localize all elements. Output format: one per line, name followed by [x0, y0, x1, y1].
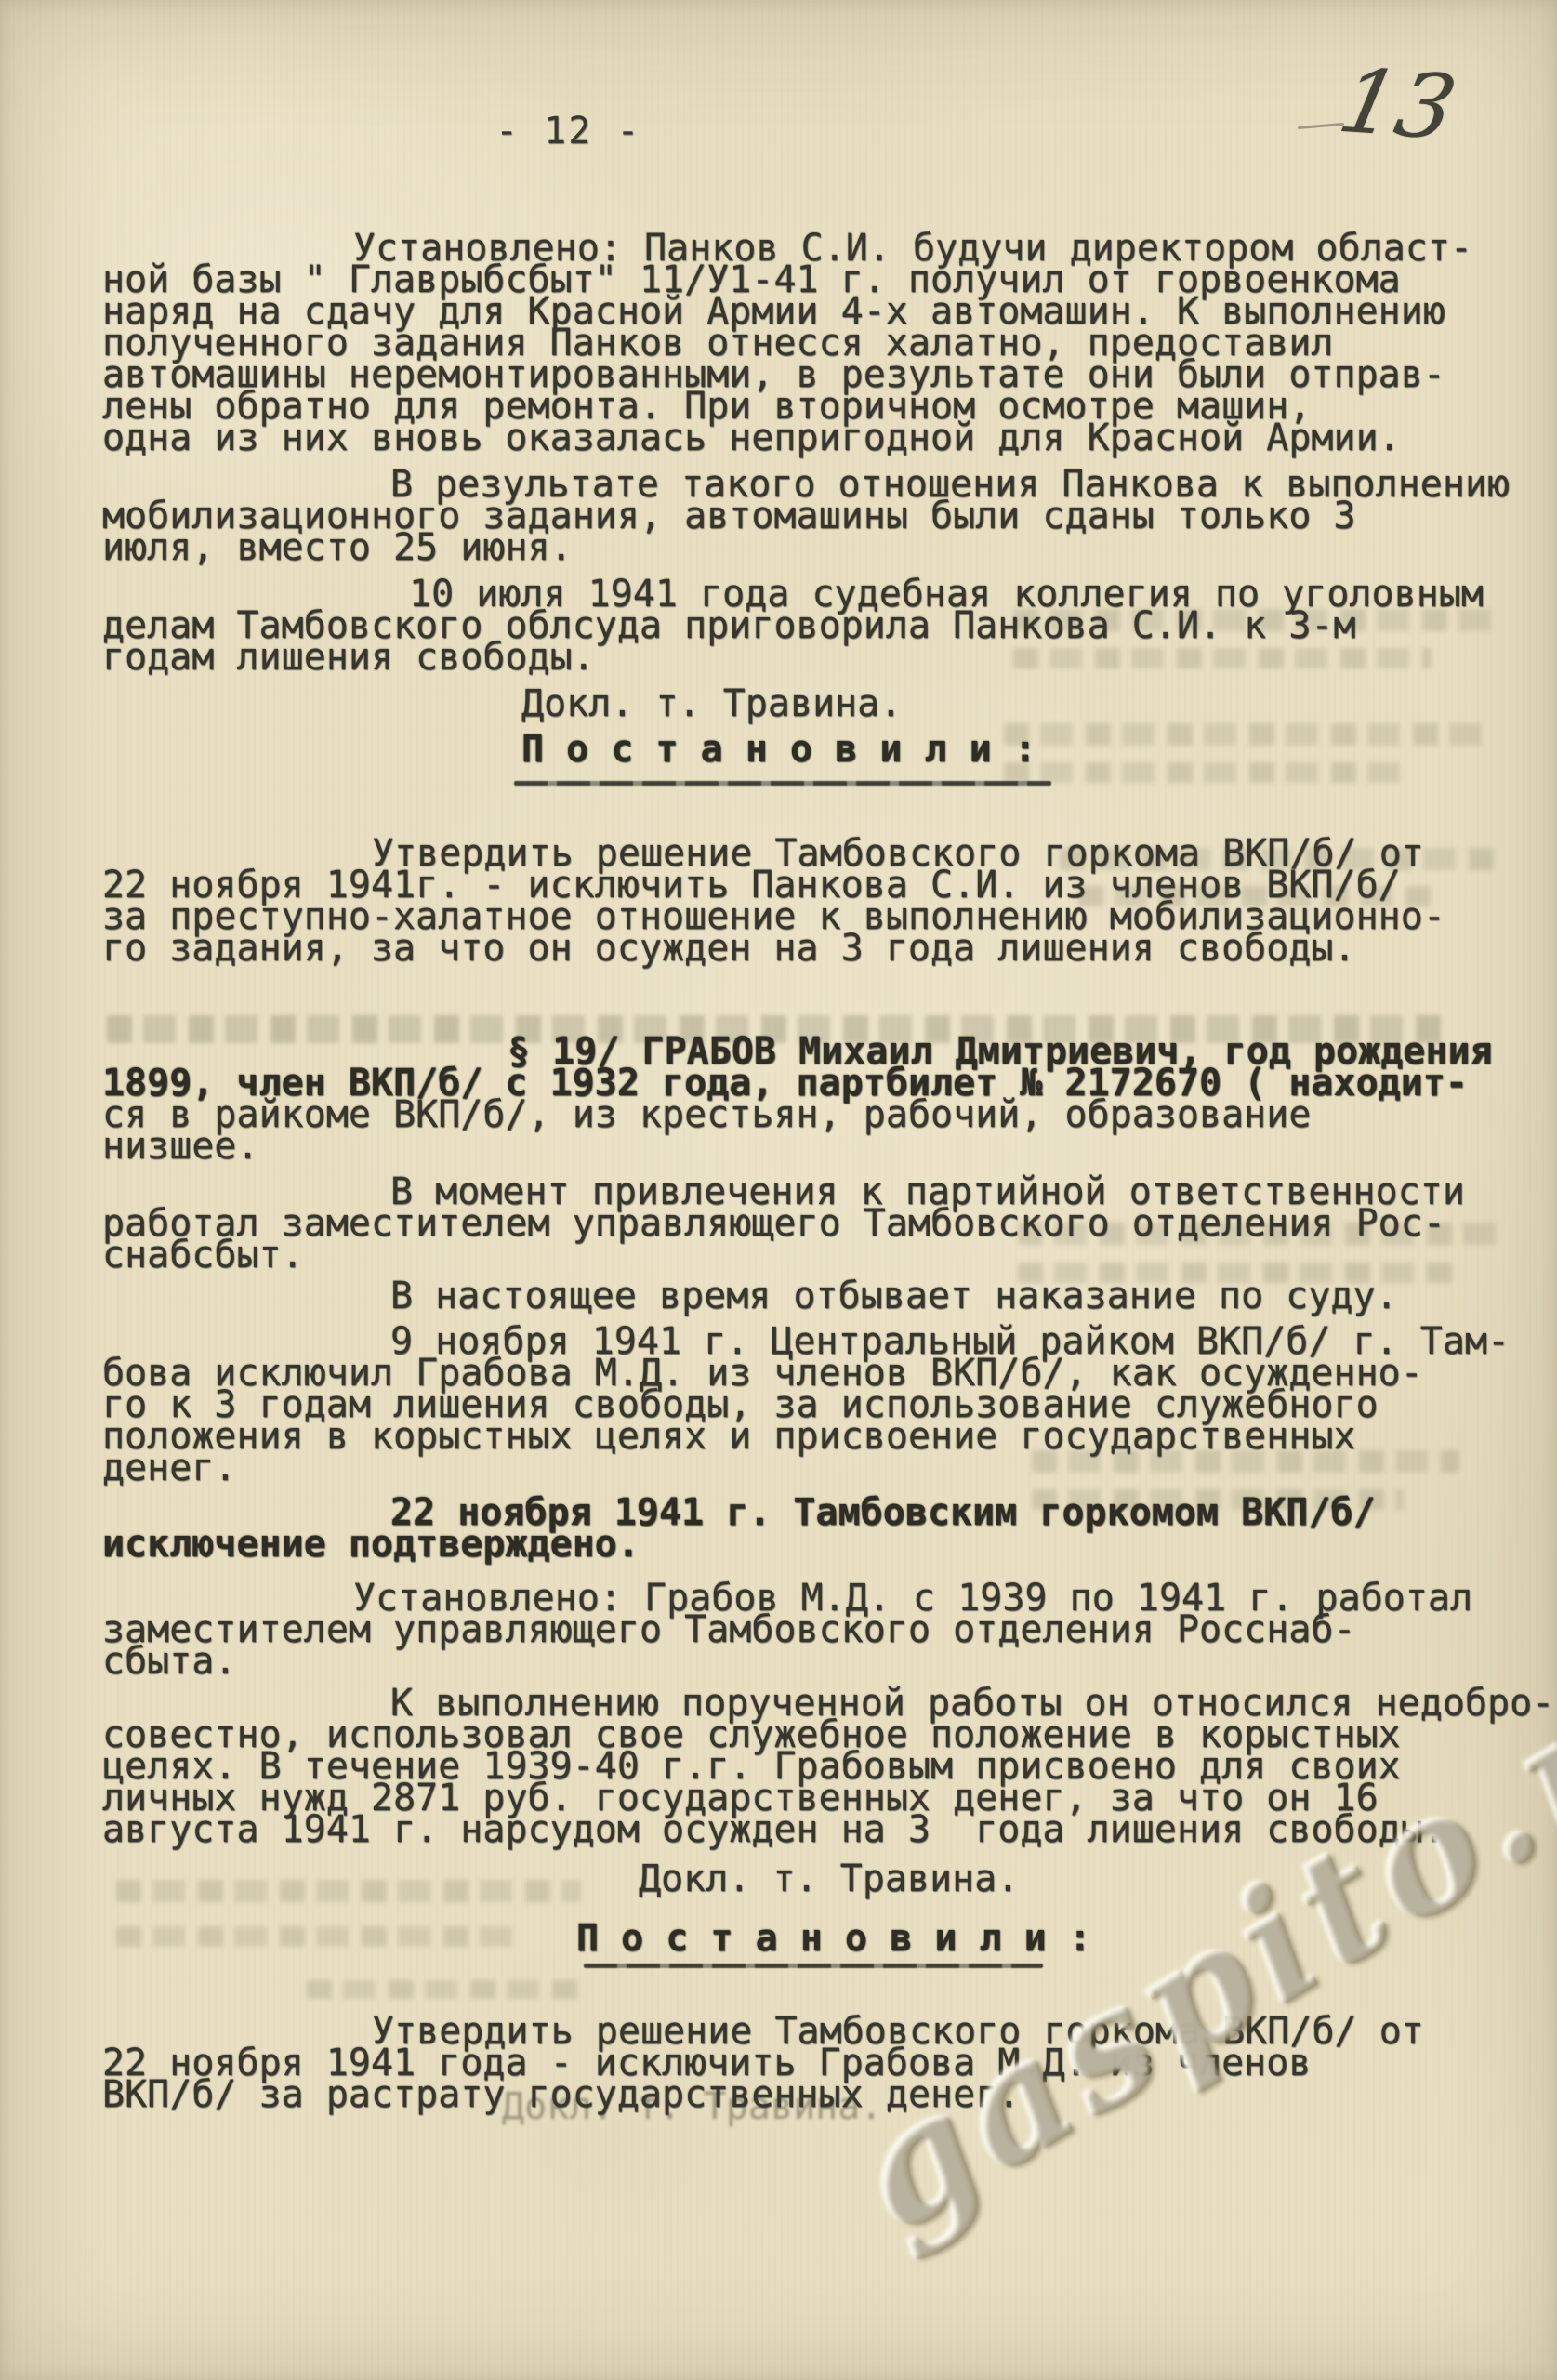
page-number: - 12 - [495, 110, 641, 152]
typewritten-line: работал заместителем управляющего Тамбов… [102, 1208, 1497, 1239]
paragraph: Установлено: Панков С.И. будучи директор… [102, 232, 1497, 454]
typewritten-line: Докл. т. Травина. [521, 688, 1497, 720]
typewritten-line: В настоящее время отбывает наказание по … [102, 1280, 1497, 1312]
paragraph: Докл. т. Травина. [521, 688, 1497, 720]
paragraph: 22 ноября 1941 г. Тамбовским горкомом ВК… [102, 1497, 1497, 1560]
typewritten-line: ся в райкоме ВКП/б/, из крестьян, рабочи… [102, 1099, 1497, 1130]
paragraph: 10 июля 1941 года судебная коллегия по у… [102, 578, 1497, 673]
paragraph: § 19/ ГРАБОВ Михаил Дмитриевич, год рожд… [102, 1036, 1497, 1099]
paragraph: 9 ноября 1941 г. Центральный райком ВКП/… [102, 1326, 1497, 1484]
paragraph: К выполнению порученной работы он относи… [102, 1687, 1497, 1845]
typed-underline [584, 1963, 1043, 1968]
typewritten-line: го задания, за что он осужден на 3 года … [102, 932, 1497, 964]
paragraph: В настоящее время отбывает наказание по … [102, 1280, 1497, 1312]
typewritten-line: П о с т а н о в и л и : [521, 734, 1497, 765]
paragraph: Установлено: Грабов М.Д. с 1939 по 1941 … [102, 1582, 1497, 1677]
typed-underline [514, 781, 1051, 786]
paragraph: В результате такого отношения Панкова к … [102, 469, 1497, 563]
paragraph: Утвердить решение Тамбовского горкома ВК… [102, 838, 1497, 964]
document-page: - 12 - 13 Докл. т. Травина. Установлено:… [0, 0, 1557, 2380]
typewritten-line: одна из них вновь оказалась непригодной … [102, 422, 1497, 454]
typewritten-line: положения в корыстных целях и присвоение… [102, 1421, 1497, 1452]
paragraph: В момент привлечения к партийной ответст… [102, 1176, 1497, 1271]
typewritten-line: заместителем управляющего Тамбовского от… [102, 1614, 1497, 1646]
paragraph: П о с т а н о в и л и : [521, 734, 1497, 765]
paragraph: ся в райкоме ВКП/б/, из крестьян, рабочи… [102, 1099, 1497, 1162]
handwritten-page-number: 13 [1331, 50, 1465, 159]
